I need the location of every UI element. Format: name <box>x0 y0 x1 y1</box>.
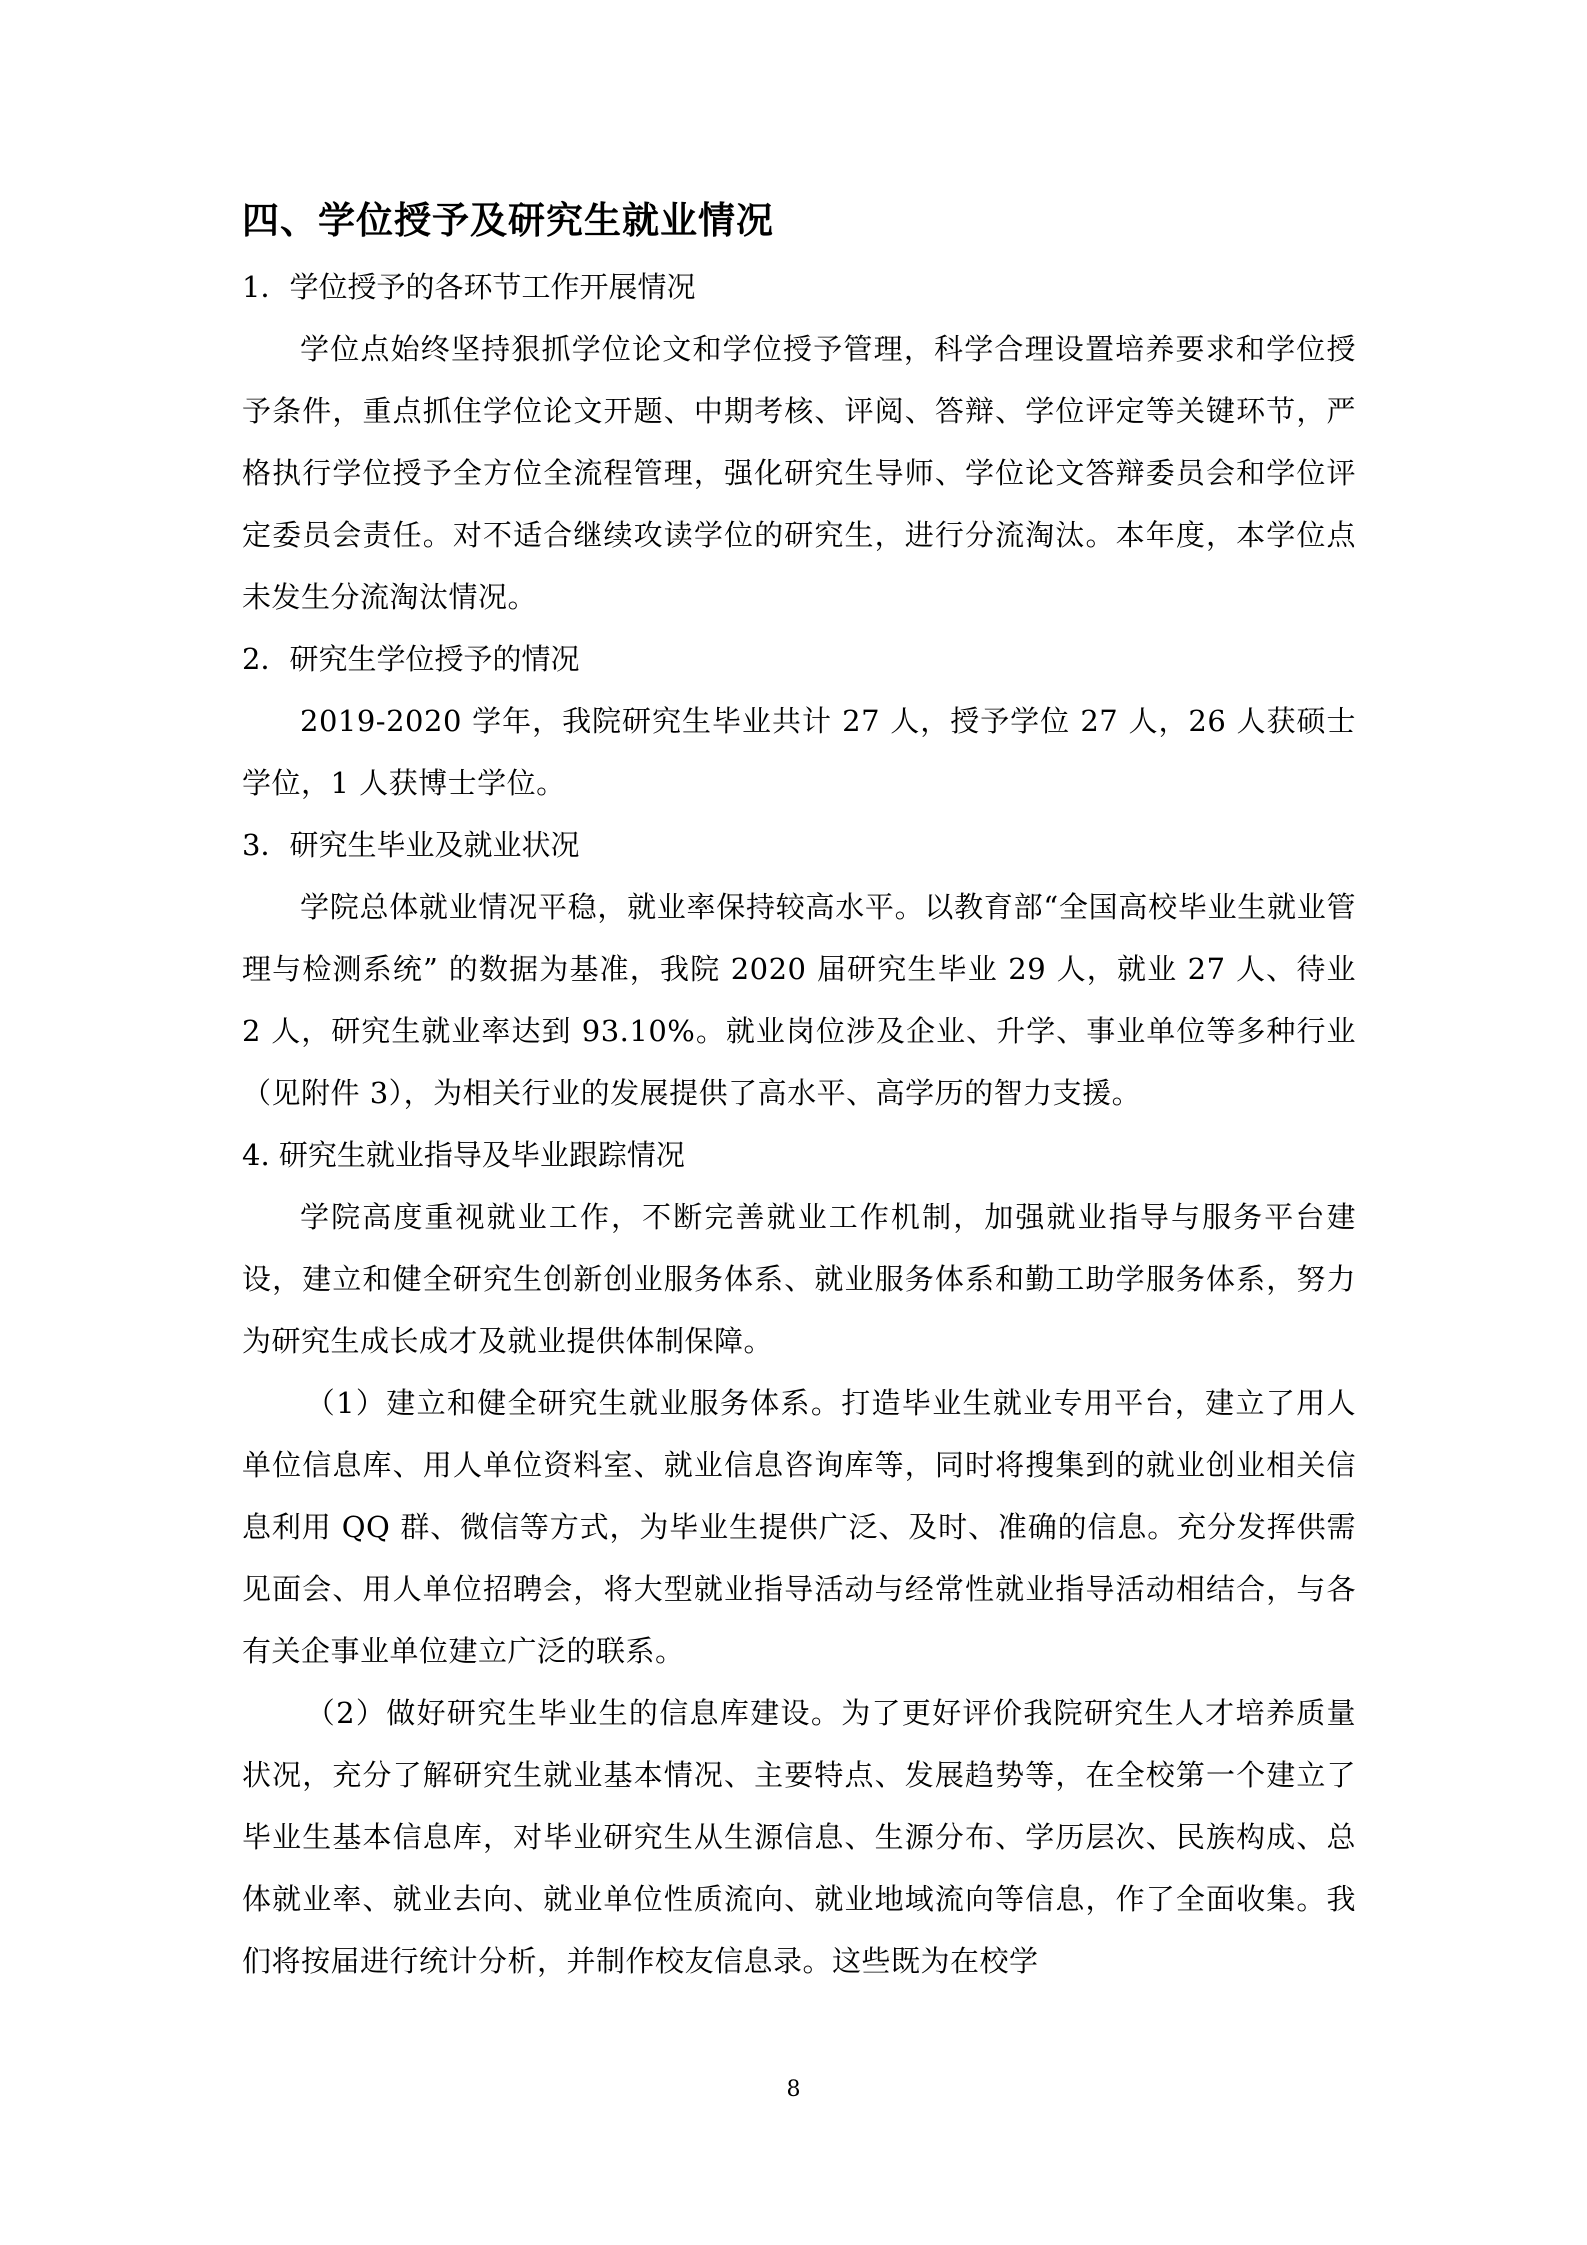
subsection-heading: 4. 研究生就业指导及毕业跟踪情况 <box>242 1124 1356 1186</box>
paragraph: 学院总体就业情况平稳，就业率保持较高水平。以教育部“全国高校毕业生就业管理与检测… <box>242 876 1356 1124</box>
paragraph: 学院高度重视就业工作，不断完善就业工作机制，加强就业指导与服务平台建设，建立和健… <box>242 1186 1356 1372</box>
page-number: 8 <box>0 2075 1587 2105</box>
subsection-degree-awarding: 2．研究生学位授予的情况 2019-2020 学年，我院研究生毕业共计 27 人… <box>242 628 1356 814</box>
subsection-heading: 3．研究生毕业及就业状况 <box>242 814 1356 876</box>
document-page: 四、学位授予及研究生就业情况 1．学位授予的各环节工作开展情况 学位点始终坚持狠… <box>242 190 1356 1992</box>
subsection-employment-status: 3．研究生毕业及就业状况 学院总体就业情况平稳，就业率保持较高水平。以教育部“全… <box>242 814 1356 1124</box>
subsection-heading: 1．学位授予的各环节工作开展情况 <box>242 256 1356 318</box>
paragraph-point-1: （1）建立和健全研究生就业服务体系。打造毕业生就业专用平台，建立了用人单位信息库… <box>242 1372 1356 1682</box>
paragraph-point-2: （2）做好研究生毕业生的信息库建设。为了更好评价我院研究生人才培养质量状况，充分… <box>242 1682 1356 1992</box>
subsection-degree-process: 1．学位授予的各环节工作开展情况 学位点始终坚持狠抓学位论文和学位授予管理，科学… <box>242 256 1356 628</box>
subsection-heading: 2．研究生学位授予的情况 <box>242 628 1356 690</box>
section-title: 四、学位授予及研究生就业情况 <box>242 190 1356 250</box>
paragraph: 2019-2020 学年，我院研究生毕业共计 27 人，授予学位 27 人，26… <box>242 690 1356 814</box>
subsection-employment-guidance: 4. 研究生就业指导及毕业跟踪情况 学院高度重视就业工作，不断完善就业工作机制，… <box>242 1124 1356 1992</box>
paragraph: 学位点始终坚持狠抓学位论文和学位授予管理，科学合理设置培养要求和学位授予条件，重… <box>242 318 1356 628</box>
